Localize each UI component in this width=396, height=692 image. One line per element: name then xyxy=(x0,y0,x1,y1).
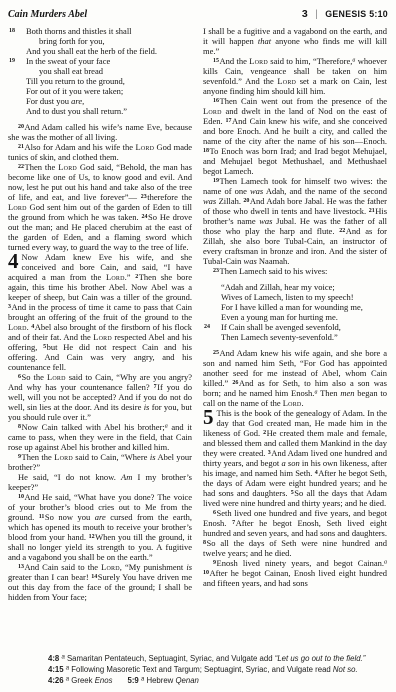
header-divider: | xyxy=(315,9,318,20)
verse-number: 4 xyxy=(31,324,35,330)
footnote-marker: a xyxy=(314,390,317,396)
verse-number: 22 xyxy=(339,228,346,234)
poetry-line: And to dust you shall return.” xyxy=(8,106,192,116)
verse-number: 4 xyxy=(315,470,319,476)
section-heading: Cain Murders Abel xyxy=(8,9,87,20)
verse-number: 10 xyxy=(203,570,210,576)
footnote-marker: a xyxy=(66,666,69,672)
chapter-paragraph: 4Now Adam knew Eve his wife, and she con… xyxy=(8,252,192,372)
verse-paragraph: 25And Adam knew his wife again, and she … xyxy=(203,348,387,408)
poetry-line: For dust you are, xyxy=(8,96,192,106)
verse-number: 20 xyxy=(243,198,250,204)
footnote-entry: 4:15 a Following Masoretic Text and Targ… xyxy=(48,665,358,674)
verse-number: 18 xyxy=(9,26,15,36)
verse-paragraph: 9Then the Lord said to Cain, “Where is A… xyxy=(8,452,192,472)
footnote-ref: 4:15 xyxy=(48,665,64,674)
bible-page: Cain Murders Abel 3 | GENESIS 5:10 18Bot… xyxy=(0,0,396,692)
verse-number: 25 xyxy=(213,350,220,356)
verse-number: 22 xyxy=(18,164,25,170)
poetry-line: 18Both thorns and thistles it shall xyxy=(8,26,192,36)
verse-paragraph: 6So the Lord said to Cain, “Why are you … xyxy=(8,372,192,422)
poetry-block: 18Both thorns and thistles it shallbring… xyxy=(8,26,192,116)
verse-number: 13 xyxy=(18,564,25,570)
divine-name: Lord xyxy=(58,162,77,172)
page-number: 3 xyxy=(302,8,308,20)
divine-name: Lord xyxy=(8,202,27,212)
verse-paragraph: He said, “I do not know. Am I my brother… xyxy=(8,472,192,492)
text-column-right: I shall be a fugitive and a vagabond on … xyxy=(203,26,387,645)
verse-number: 12 xyxy=(89,534,96,540)
footnote-marker: a xyxy=(141,677,144,683)
verse-number: 24 xyxy=(204,322,210,332)
verse-paragraph: I shall be a fugitive and a vagabond on … xyxy=(203,26,387,56)
verse-number: 10 xyxy=(18,494,25,500)
poetry-line: For out of it you were taken; xyxy=(8,86,192,96)
verse-number: 3 xyxy=(268,450,272,456)
poetry-line: Till you return to the ground, xyxy=(8,76,192,86)
divine-name: Lord xyxy=(106,272,125,282)
verse-number: 11 xyxy=(39,514,45,520)
verse-number: 5 xyxy=(291,490,295,496)
verse-paragraph: 23Then Lamech said to his wives: xyxy=(203,266,387,276)
verse-paragraph: 15And the Lord said to him, “Therefore,a… xyxy=(203,56,387,96)
footnote-marker: a xyxy=(66,677,69,683)
verse-number: 7 xyxy=(232,520,236,526)
divine-name: Lord xyxy=(8,322,27,332)
text-columns: 18Both thorns and thistles it shallbring… xyxy=(8,26,388,645)
divine-name: Lord xyxy=(54,452,73,462)
verse-number: 23 xyxy=(213,268,220,274)
footnote-entry: 4:8 a Samaritan Pentateuch, Septuagint, … xyxy=(48,654,365,663)
page-reference-group: 3 | GENESIS 5:10 xyxy=(302,4,388,22)
verse-number: 2 xyxy=(263,430,267,436)
divine-name: Lord xyxy=(47,372,66,382)
verse-number: 8 xyxy=(18,424,22,430)
verse-number: 7 xyxy=(154,384,158,390)
verse-paragraph: 6Seth lived one hundred and five years, … xyxy=(203,508,387,558)
verse-number: 26 xyxy=(232,380,239,386)
verse-number: 17 xyxy=(226,118,233,124)
chapter-number: 5 xyxy=(203,408,217,426)
verse-number: 21 xyxy=(18,144,25,150)
verse-number: 8 xyxy=(203,540,207,546)
book-reference: GENESIS 5:10 xyxy=(325,9,388,19)
verse-number: 6 xyxy=(18,374,22,380)
footnote-ref: 4:26 xyxy=(48,676,64,685)
verse-number: 16 xyxy=(213,98,220,104)
footnote-ref: 5:9 xyxy=(127,676,138,685)
poetry-line: you shall eat bread xyxy=(8,66,192,76)
verse-paragraph: 9Enosh lived ninety years, and begot Cai… xyxy=(203,558,387,588)
verse-paragraph: 8Now Cain talked with Abel his brother;a… xyxy=(8,422,192,452)
divine-name: Lord xyxy=(277,76,296,86)
poetry-line: Wives of Lamech, listen to my speech! xyxy=(203,292,387,302)
divine-name: Lord xyxy=(135,142,154,152)
poetry-line: “Adah and Zillah, hear my voice; xyxy=(203,282,387,292)
footnote-marker: a xyxy=(61,655,64,661)
footnotes: 4:8 a Samaritan Pentateuch, Septuagint, … xyxy=(8,653,388,686)
verse-paragraph: 13And Cain said to the Lord, “My punishm… xyxy=(8,562,192,602)
verse-number: 14 xyxy=(91,574,98,580)
verse-number: 15 xyxy=(213,58,220,64)
verse-paragraph: 22Then the Lord God said, “Behold, the m… xyxy=(8,162,192,252)
divine-name: Lord xyxy=(93,332,112,342)
page-header: Cain Murders Abel 3 | GENESIS 5:10 xyxy=(8,4,388,17)
footnote-line: 4:15 a Following Masoretic Text and Targ… xyxy=(48,664,388,675)
verse-number: 21 xyxy=(369,208,376,214)
verse-number: 9 xyxy=(18,454,22,460)
divine-name: Lord xyxy=(101,562,120,572)
divine-name: Lord xyxy=(203,106,222,116)
footnote-ref: 4:8 xyxy=(48,654,59,663)
footnote-marker: a xyxy=(352,58,355,64)
poetry-line: Even a young man for hurting me. xyxy=(203,312,387,322)
verse-paragraph: 10And He said, “What have you done? The … xyxy=(8,492,192,562)
verse-paragraph: 19Then Lamech took for himself two wives… xyxy=(203,176,387,266)
verse-number: 2 xyxy=(135,274,139,280)
chapter-number: 4 xyxy=(8,252,22,270)
verse-number: 19 xyxy=(213,178,220,184)
poetry-block: “Adah and Zillah, hear my voice;Wives of… xyxy=(203,282,387,342)
poetry-line: 19In the sweat of your face xyxy=(8,56,192,66)
text-column-left: 18Both thorns and thistles it shallbring… xyxy=(8,26,192,645)
footnote-entry: 4:26 a Greek Enos xyxy=(48,676,112,685)
footnote-marker: a xyxy=(165,424,168,430)
verse-number: 5 xyxy=(43,344,47,350)
verse-number: 9 xyxy=(213,560,217,566)
poetry-line: And you shall eat the herb of the field. xyxy=(8,46,192,56)
poetry-line: 24If Cain shall be avenged sevenfold, xyxy=(203,322,387,332)
verse-number: 23 xyxy=(141,194,148,200)
chapter-paragraph: 5This is the book of the genealogy of Ad… xyxy=(203,408,387,508)
footnote-entry: 5:9 a Hebrew Qenan xyxy=(127,676,198,685)
poetry-line: bring forth for you, xyxy=(8,36,192,46)
verse-number: 3 xyxy=(8,304,12,310)
poetry-line: Then Lamech seventy-sevenfold.” xyxy=(203,332,387,342)
footnote-line: 4:26 a Greek Enos5:9 a Hebrew Qenan xyxy=(48,675,388,686)
footnote-line: 4:8 a Samaritan Pentateuch, Septuagint, … xyxy=(48,653,388,664)
poetry-line: For I have killed a man for wounding me, xyxy=(203,302,387,312)
verse-number: 20 xyxy=(18,124,25,130)
divine-name: Lord xyxy=(249,56,268,66)
verse-paragraph: 16Then Cain went out from the presence o… xyxy=(203,96,387,176)
verse-number: 18 xyxy=(203,148,210,154)
footnote-marker: a xyxy=(384,560,387,566)
verse-paragraph: 21Also for Adam and his wife the Lord Go… xyxy=(8,142,192,162)
verse-number: 19 xyxy=(9,56,15,66)
verse-paragraph: 20And Adam called his wife’s name Eve, b… xyxy=(8,122,192,142)
verse-number: 24 xyxy=(142,214,149,220)
verse-number: 6 xyxy=(213,510,217,516)
divine-name: Lord xyxy=(283,398,302,408)
